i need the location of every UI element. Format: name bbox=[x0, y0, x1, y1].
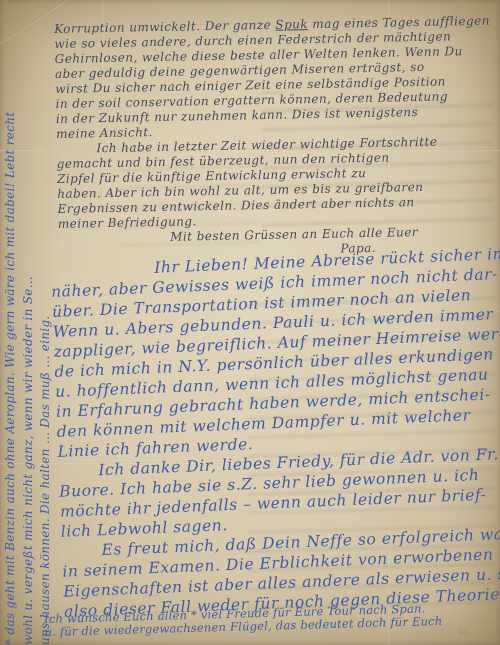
margin-note-line: uns hausen können. Die halten … Das muß … bbox=[37, 0, 55, 645]
line-text: mag eines Tages auffliegen bbox=[308, 14, 490, 31]
letter-page: Korruption umwickelt. Der ganze Spuk mag… bbox=[0, 0, 500, 645]
letter-body-first-section: Korruption umwickelt. Der ganze Spuk mag… bbox=[54, 14, 489, 262]
margin-note-vertical: * das geht mit Benzin auch ohne Aeroplan… bbox=[2, 0, 56, 645]
archive-number: 90 bbox=[458, 628, 468, 637]
margin-note-line: * das geht mit Benzin auch ohne Aeroplan… bbox=[2, 0, 20, 645]
underlined-word: Spuk bbox=[275, 17, 308, 32]
letter-body-second-section: Ihr Lieben! Meine Abreise rückt sicher i… bbox=[50, 244, 500, 622]
margin-note-line: wohl u. vergeßt mich nicht ganz, wenn wi… bbox=[20, 0, 38, 645]
